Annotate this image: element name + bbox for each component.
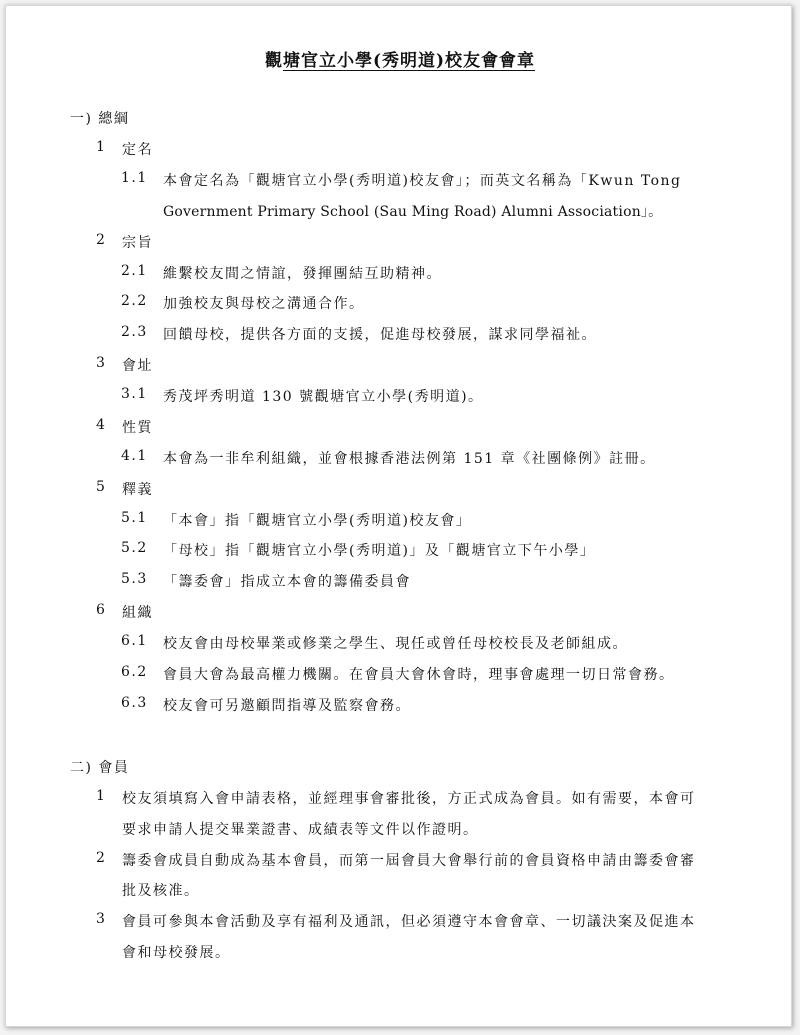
title-prefix: 觀 bbox=[265, 51, 283, 71]
sub-text: 會員大會為最高權力機關。在會員大會休會時，理事會處理一切日常會務。 bbox=[163, 664, 675, 684]
sub-number: 6.1 bbox=[121, 633, 148, 649]
section-heading-general: 一) 總綱 bbox=[70, 108, 129, 128]
sub-number: 2.2 bbox=[121, 293, 148, 309]
member-item-number: 1 bbox=[96, 788, 106, 804]
item-number: 1 bbox=[96, 139, 106, 155]
item-label-organization: 組織 bbox=[122, 602, 153, 622]
sub-number: 5.1 bbox=[121, 510, 148, 526]
sub-text: 「本會」指「觀塘官立小學(秀明道)校友會」 bbox=[163, 510, 471, 530]
member-item-number: 2 bbox=[96, 850, 106, 866]
sub-text: 本會為一非牟利組織，並會根據香港法例第 151 章《社團條例》註冊。 bbox=[163, 448, 656, 468]
sub-number: 6.3 bbox=[121, 695, 148, 711]
title-underlined: 塘官立小學(秀明道)校友會會章 bbox=[283, 51, 535, 71]
member-item-number: 3 bbox=[96, 911, 106, 927]
member-item-text-cont: 批及核准。 bbox=[122, 880, 200, 900]
sub-text: 「籌委會」指成立本會的籌備委員會 bbox=[163, 571, 411, 591]
item-number: 4 bbox=[96, 417, 106, 433]
sub-number: 2.1 bbox=[121, 263, 148, 279]
sub-number: 5.2 bbox=[121, 540, 148, 556]
member-item-text: 校友須填寫入會申請表格，並經理事會審批後，方正式成為會員。如有需要，本會可 bbox=[122, 788, 696, 808]
sub-text: 回饋母校，提供各方面的支援，促進母校發展，謀求同學福祉。 bbox=[163, 324, 597, 344]
member-item-text-cont: 會和母校發展。 bbox=[122, 942, 231, 962]
item-number: 2 bbox=[96, 232, 106, 248]
sub-number: 1.1 bbox=[121, 170, 148, 186]
sub-text-cont: Government Primary School (Sau Ming Road… bbox=[163, 201, 662, 221]
sub-text: 秀茂坪秀明道 130 號觀塘官立小學(秀明道)。 bbox=[163, 386, 484, 406]
item-number: 3 bbox=[96, 355, 106, 371]
item-number: 6 bbox=[96, 602, 106, 618]
item-label-definitions: 釋義 bbox=[122, 479, 153, 499]
sub-text: 維繫校友間之情誼，發揮團結互助精神。 bbox=[163, 263, 442, 283]
member-item-text: 籌委會成員自動成為基本會員，而第一屆會員大會舉行前的會員資格申請由籌委會審 bbox=[122, 850, 696, 870]
sub-text: 校友會可另邀顧問指導及監察會務。 bbox=[163, 695, 411, 715]
document-title: 觀塘官立小學(秀明道)校友會會章 bbox=[0, 46, 800, 71]
sub-number: 6.2 bbox=[121, 664, 148, 680]
sub-text: 本會定名為「觀塘官立小學(秀明道)校友會」；而英文名稱為「Kwun Tong bbox=[163, 170, 682, 190]
member-item-text: 會員可參與本會活動及享有福利及通訊，但必須遵守本會會章、一切議決案及促進本 bbox=[122, 911, 696, 931]
item-label-name: 定名 bbox=[122, 139, 153, 159]
sub-number: 4.1 bbox=[121, 448, 148, 464]
sub-number: 3.1 bbox=[121, 386, 148, 402]
item-label-purpose: 宗旨 bbox=[122, 232, 153, 252]
item-label-address: 會址 bbox=[122, 355, 153, 375]
section-heading-members: 二) 會員 bbox=[70, 757, 129, 777]
sub-text: 「母校」指「觀塘官立小學(秀明道)」及「觀塘官立下午小學」 bbox=[163, 540, 595, 560]
item-label-nature: 性質 bbox=[122, 417, 153, 437]
sub-number: 2.3 bbox=[121, 324, 148, 340]
member-item-text-cont: 要求申請人提交畢業證書、成績表等文件以作證明。 bbox=[122, 819, 479, 839]
sub-text: 加強校友與母校之溝通合作。 bbox=[163, 293, 365, 313]
item-number: 5 bbox=[96, 479, 106, 495]
sub-number: 5.3 bbox=[121, 571, 148, 587]
sub-text: 校友會由母校畢業或修業之學生、現任或曾任母校校長及老師組成。 bbox=[163, 633, 628, 653]
